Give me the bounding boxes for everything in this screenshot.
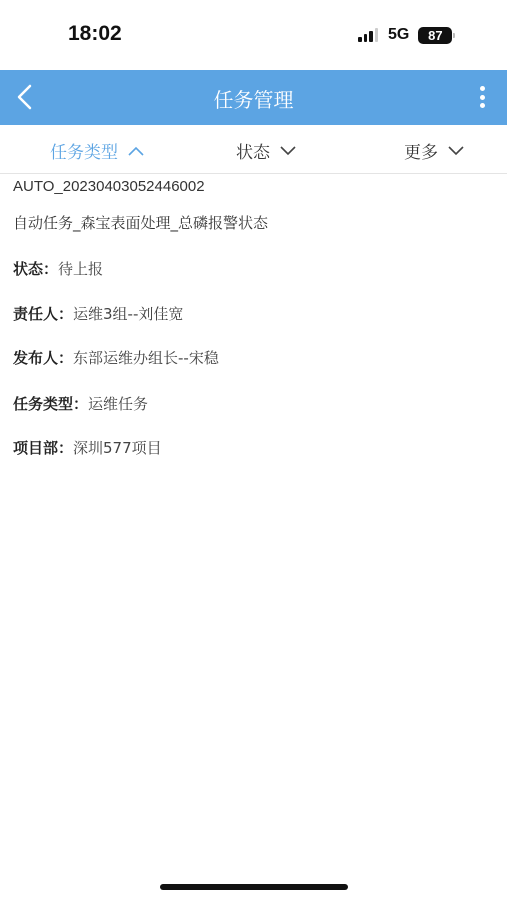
status-bar: 18:02 5G 87 [0,0,507,70]
field-value: 运维任务 [88,395,148,413]
field-label: 状态： [13,260,58,278]
status-time: 18:02 [68,22,122,46]
home-indicator[interactable] [160,884,348,890]
field-value: 运维3组--刘佳宽 [73,305,183,323]
field-label: 任务类型： [13,395,88,413]
chevron-up-icon [128,146,144,156]
filter-label: 更多 [404,138,438,163]
field-assignee: 责任人：运维3组--刘佳宽 [13,303,183,324]
field-value: 东部运维办组长--宋稳 [73,349,219,367]
filter-more[interactable]: 更多 [404,138,464,163]
page-title: 任务管理 [0,84,507,113]
field-project: 项目部：深圳577项目 [13,437,162,458]
network-type: 5G [388,26,409,44]
battery-icon: 87 [418,27,455,44]
status-indicators: 5G 87 [358,26,455,44]
field-task-type: 任务类型：运维任务 [13,393,148,414]
more-button[interactable] [479,86,485,108]
chevron-down-icon [448,146,464,156]
battery-level: 87 [418,27,452,44]
filter-label: 任务类型 [50,138,118,163]
field-label: 项目部： [13,439,73,457]
signal-icon [358,28,378,42]
nav-bar: 任务管理 [0,70,507,125]
chevron-down-icon [280,146,296,156]
field-status: 状态：待上报 [13,258,103,279]
filter-task-type[interactable]: 任务类型 [50,138,144,163]
field-value: 深圳577项目 [73,439,162,457]
field-value: 待上报 [58,260,103,278]
filter-label: 状态 [236,138,270,163]
filter-bar: 任务类型 状态 更多 [0,125,507,174]
task-name: 自动任务_森宝表面处理_总磷报警状态 [13,212,268,233]
field-label: 发布人： [13,349,73,367]
more-vertical-icon [480,86,485,91]
filter-status[interactable]: 状态 [236,138,296,163]
field-label: 责任人： [13,305,73,323]
field-publisher: 发布人：东部运维办组长--宋稳 [13,347,219,368]
task-code: AUTO_20230403052446002 [13,178,205,195]
